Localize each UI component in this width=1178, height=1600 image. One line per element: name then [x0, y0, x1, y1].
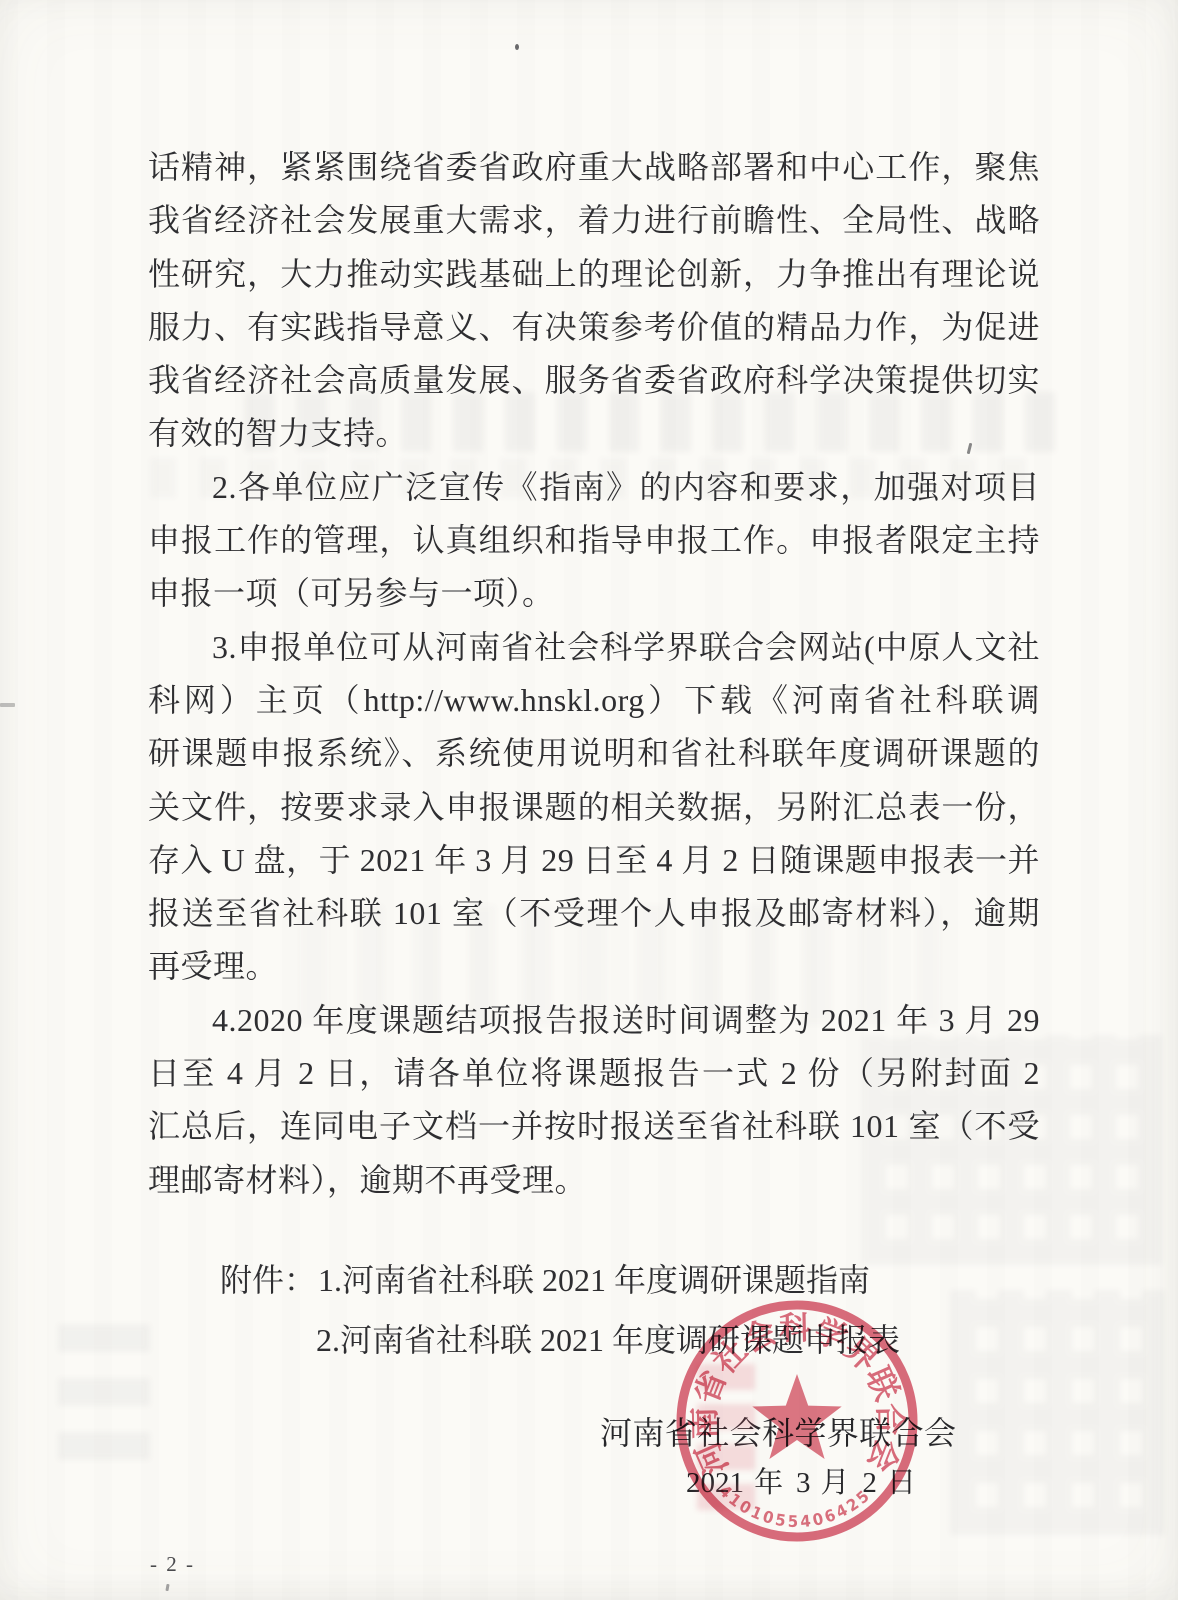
body-line: 性研究，大力推动实践基础上的理论创新，力争推出有理论说 — [148, 248, 1040, 301]
body-line paragraph-start: 3.申报单位可从河南省社会科学界联合会网站(中原人文社 — [148, 621, 1040, 674]
body-line: 服力、有实践指导意义、有决策参考价值的精品力作，为促进 — [148, 301, 1040, 354]
body-line: 话精神，紧紧围绕省委省政府重大战略部署和中心工作，聚焦 — [148, 141, 1040, 194]
body-line: 我省经济社会发展重大需求，着力进行前瞻性、全局性、战略 — [148, 194, 1040, 247]
body-line: 汇总后，连同电子文档一并按时报送至省社科联 101 室（不受 — [148, 1100, 1040, 1153]
body-line: 申报一项（可另参与一项）。 — [148, 567, 1040, 620]
page-number: - 2 - — [150, 1552, 195, 1577]
scan-speck — [515, 44, 519, 50]
body-line: 关文件，按要求录入申报课题的相关数据，另附汇总表一份， — [148, 781, 1040, 834]
attachment-item-1: 1.河南省社科联 2021 年度调研课题指南 — [318, 1262, 870, 1298]
body-line: 理邮寄材料），逾期不再受理。 — [148, 1154, 1040, 1207]
red-star-icon — [752, 1374, 841, 1459]
attachments-label: 附件： — [220, 1262, 316, 1298]
body-line: 报送至省社科联 101 室（不受理个人申报及邮寄材料），逾期不 — [148, 887, 1040, 940]
body-line: 有效的智力支持。 — [148, 407, 1040, 460]
bleedthrough-artifact — [58, 1300, 150, 1460]
bleedthrough-artifact — [950, 1290, 1165, 1535]
official-seal: 河南省社会科学界联合会 4101055406425 — [672, 1296, 922, 1546]
body-line: 我省经济社会高质量发展、服务省委省政府科学决策提供切实 — [148, 354, 1040, 407]
body-line: 科网）主页（http://www.hnskl.org）下载《河南省社科联调 — [148, 674, 1040, 727]
body-line: 申报工作的管理，认真组织和指导申报工作。申报者限定主持 — [148, 514, 1040, 567]
body-line: 再受理。 — [148, 940, 1040, 993]
official-seal-graphic: 河南省社会科学界联合会 4101055406425 — [672, 1296, 922, 1546]
body-line: 研课题申报系统》、系统使用说明和省社科联年度调研课题的有 — [148, 727, 1040, 780]
body-line paragraph-start: 2.各单位应广泛宣传《指南》的内容和要求，加强对项目 — [148, 461, 1040, 514]
body-line: 日至 4 月 2 日，请各单位将课题报告一式 2 份（另附封面 2 份） — [148, 1047, 1040, 1100]
scanned-document-page: 话精神，紧紧围绕省委省政府重大战略部署和中心工作，聚焦 我省经济社会发展重大需求… — [0, 0, 1178, 1600]
scan-speck — [0, 703, 15, 707]
document-body: 话精神，紧紧围绕省委省政府重大战略部署和中心工作，聚焦 我省经济社会发展重大需求… — [148, 141, 1040, 1207]
scan-speck — [165, 1584, 169, 1591]
body-line: 存入 U 盘，于 2021 年 3 月 29 日至 4 月 2 日随课题申报表一… — [148, 834, 1040, 887]
body-line paragraph-start: 4.2020 年度课题结项报告报送时间调整为 2021 年 3 月 29 — [148, 994, 1040, 1047]
